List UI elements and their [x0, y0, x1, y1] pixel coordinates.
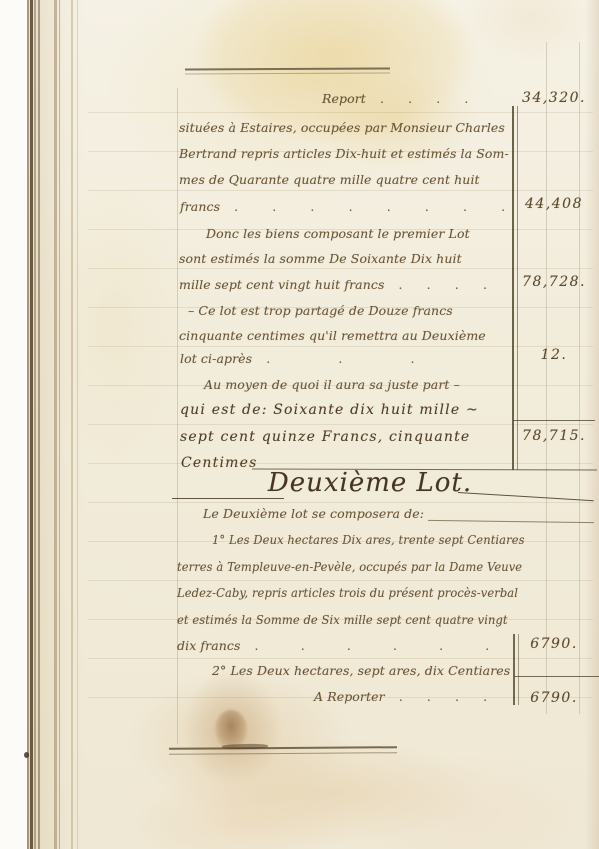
- dot-leader: . . .: [266, 351, 414, 366]
- amount-value: 6790.: [518, 690, 590, 706]
- text-line: dix francs. . . . . .: [177, 638, 489, 653]
- text-line: cinquante centimes qu'il remettra au Deu…: [179, 328, 486, 343]
- text-line: sept cent quinze Francs, cinquante: [180, 429, 470, 445]
- binding-stripe: [77, 0, 78, 849]
- dot-leader: . . . .: [399, 277, 488, 292]
- text-line: Donc les biens composant le premier Lot: [206, 226, 470, 241]
- binding-stripe: [54, 0, 57, 849]
- amount-value: 78,728.: [518, 274, 590, 290]
- text-line: Bertrand repris articles Dix-huit et est…: [179, 146, 509, 161]
- text-line: Le Deuxième lot se composera de:: [203, 506, 424, 521]
- amount-value: 34,320.: [518, 90, 590, 106]
- right-edge-shade: [585, 0, 599, 849]
- faint-column-rule: [546, 42, 547, 714]
- binding-stripe: [27, 0, 29, 849]
- binding-stripe: [59, 0, 60, 849]
- faint-column-rule: [579, 42, 580, 714]
- binding-stripe: [38, 0, 40, 849]
- text-line: situées à Estaires, occupées par Monsieu…: [179, 120, 505, 135]
- text-line: qui est de: Soixante dix huit mille ~: [180, 402, 479, 418]
- amount-value: 12.: [518, 347, 590, 363]
- bottom-divider: [169, 746, 397, 755]
- dot-leader: . . . .: [399, 689, 488, 704]
- carry-rule: [514, 676, 599, 677]
- amount-value: 44,408: [518, 196, 590, 212]
- ink-speck: [24, 752, 29, 758]
- text-line: 2° Les Deux hectares, sept ares, dix Cen…: [212, 663, 510, 678]
- manuscript-page: Report. . . . situées à Estaires, occupé…: [0, 0, 599, 849]
- text-line: lot ci-après. . .: [180, 351, 415, 366]
- dot-leader: . . . . . .: [255, 638, 490, 653]
- binding-stripe: [71, 0, 73, 849]
- section-heading: Deuxième Lot.: [230, 468, 510, 498]
- text-line: mes de Quarante quatre mille quatre cent…: [179, 172, 480, 187]
- text-line: terres à Templeuve-en-Pevèle, occupés pa…: [177, 559, 522, 574]
- text-line: et estimés la Somme de Six mille sept ce…: [177, 612, 508, 627]
- left-margin: [0, 0, 27, 849]
- text-line: francs. . . . . . . .: [180, 199, 505, 214]
- text-line: 1° Les Deux hectares Dix ares, trente se…: [212, 532, 525, 547]
- text-line: A Reporter. . . .: [314, 689, 487, 704]
- sum-top-rule: [513, 420, 595, 421]
- top-divider: [185, 67, 390, 74]
- text-line: mille sept cent vingt huit francs. . . .: [179, 277, 487, 292]
- binding-stripe: [34, 0, 36, 849]
- text-line: Report. . . .: [322, 91, 468, 106]
- text-line: – Ce lot est trop partagé de Douze franc…: [188, 303, 453, 318]
- text-line: Ledez-Caby, repris articles trois du pré…: [177, 585, 518, 600]
- heading-underline-left: [172, 498, 284, 499]
- dot-leader: . . . . . . . .: [234, 199, 505, 214]
- binding-stripe: [30, 0, 33, 849]
- amount-value: 6790.: [518, 636, 590, 652]
- text-line: Au moyen de quoi il aura sa juste part –: [204, 377, 460, 392]
- amount-value: 78,715.: [518, 428, 590, 444]
- text-line: sont estimés la somme De Soixante Dix hu…: [179, 251, 462, 266]
- dot-leader: . . . .: [380, 91, 469, 106]
